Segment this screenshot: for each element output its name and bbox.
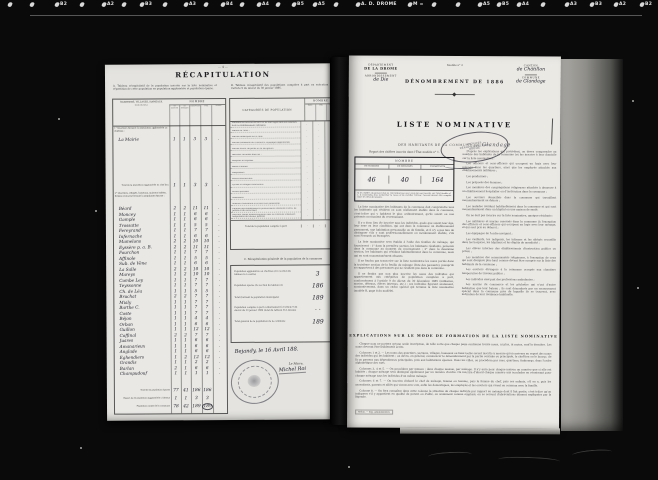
film-edge-marker: A3 [565,2,577,7]
film-edge-marker [432,2,437,7]
film-edge-marker: A4 [517,2,529,7]
dust-speck [637,287,639,289]
category-label: Hospices et hôpitaux [230,160,300,164]
film-marker-label: A2 [107,2,114,7]
instruction-paragraph: Les militaires et marins casernés dans l… [462,220,556,231]
report-table: NOMBRE DE MAISONS DE MÉNAGES D'HABITANTS… [354,156,454,202]
instruction-paragraph: La liste nominative des habitants de la … [354,206,454,220]
category-label: Asiles d'aliénés [231,166,301,170]
intro-paragraph-b: B. Tableau récapitulatif des populations… [231,83,333,90]
film-punch-blob [333,1,339,7]
film-punch-blob [79,1,85,7]
category-label: Marins de l'État : [230,129,300,133]
hamlet-rows: Béard 2 2 11 11 . Moncey 1 1 6 6 . [114,205,227,376]
report-footnote: Si les chiffres du présent état ne conco… [355,189,453,201]
film-edge-marker: A3 [184,2,196,7]
table-row: Champudouf 1 1 1 1 . [115,370,227,376]
category-label: Individus recueillis dans les : [230,154,300,158]
round-official-stamp-icon [227,355,283,408]
instruction-paragraph: Les malades résidant habituellement dans… [462,205,556,212]
film-punch-blob [496,1,502,7]
film-punch-blob [407,1,413,7]
table-b-subheader: fém. [315,104,325,120]
instruction-paragraph: La liste nominative sera établie à l'aid… [354,241,454,258]
film-punch-blob [613,1,619,7]
film-marker-label: B2 [645,2,652,7]
film-edge-marker [276,2,281,7]
report-agglomeree-row: Report de la population agglomérée ci-de… [115,396,227,402]
table-a-subheader: de maisons [169,105,179,125]
table-b-categories: CATÉGORIES DE POPULATION NOMBRE masc. fé… [229,97,338,250]
film-edge-marker: B2 [640,2,652,7]
instruction-paragraph: Les marins du commerce et les pêcheurs q… [462,283,556,297]
film-punch-blob [162,1,168,7]
recap-row: Total (formant la population municipale)… [231,291,337,304]
table-a-header: QUARTIERS, VILLAGES, HAMEAUX (nom du lie… [113,99,225,127]
instruction-paragraph: Les gendarmes ; [462,175,556,179]
film-marker-label: A5 [318,2,325,7]
category-label: Détenus des établissements pénitentiaire… [231,207,301,213]
recap-row: Population agglomérée au chef-lieu (1re … [231,267,337,280]
film-edge-marker: A4 [257,2,269,7]
hamlet-name: Champudouf [115,370,171,376]
film-edge-marker [163,2,168,7]
film-punch-blob [312,1,318,7]
instruction-paragraph: Les officiers et sous-officiers qui occu… [462,163,556,174]
section-2-label: 2° Quartiers, villages, hameaux, maisons… [115,192,169,197]
category-label: Séminaires [231,196,301,200]
film-punch-blob [256,1,262,7]
report-caption: Report des chiffres inscrits dans l'État… [354,149,454,154]
explication-paragraph: Colonnes 1 et 2. — Les noms des quartier… [355,352,551,366]
explications-section: Chaque nom ne portera qu'une seule inscr… [355,342,551,402]
film-edge-marker: B2 [55,2,67,7]
instruction-paragraph: Les élèves internes des établissements d… [462,247,556,254]
instruction-paragraph: Il ne faudra pas transcrire sur la liste… [354,260,454,271]
ornament-rule [435,94,475,95]
dust-speck [348,466,350,468]
film-edge-marker [240,2,245,7]
department-value: DE LA DROME [355,66,407,70]
rule [525,74,537,75]
rule [375,72,387,73]
report-table-values: 46 40 164 [355,169,453,190]
film-edge-marker [456,2,461,7]
canton-block: CANTON de Châtillon COMMUNE de Glandage [505,64,557,84]
dust-speck [632,100,634,102]
report-value: 46 [355,175,388,183]
table-a-header-col-sub: (nom du lieu) [135,104,148,106]
report-value: 164 [421,176,454,184]
instruction-paragraph: Les ouvriers étrangers à la commune occu… [462,268,556,275]
film-punch-blob [121,1,127,7]
category-label: Élèves internes des : [231,178,301,182]
explications-title: EXPLICATIONS SUR LE MODE DE FORMATION DE… [347,333,559,338]
left-column: Report des chiffres inscrits dans l'État… [354,149,455,295]
film-edge-marker: M = [408,2,424,7]
category-label: Marins divers, de pêche et de navigation [230,147,300,151]
explication-paragraph: Colonne 8. — On fera connaître dans cett… [355,389,551,400]
film-punch-blob [516,1,522,7]
microfilm-frame: B2 A2 B3 [0,0,658,480]
recap-label: Total (formant la population municipale) [231,296,298,299]
right-column: D'après les explications qui précèdent, … [462,150,557,300]
recap-c-title: C. Récapitulation générale de la populat… [230,257,336,261]
instruction-paragraph: On ne doit pas inscrire sur la liste nom… [462,214,556,218]
table-a-subheader: de ménages [179,105,189,125]
film-edge-marker: B3 [140,2,152,7]
dust-speck [524,282,526,284]
film-punch-blob [203,1,209,7]
film-marker-label: B2 [60,2,67,7]
table-b-subheader: masc. [305,104,315,120]
table-a-subheader: observ. [211,105,225,125]
explication-paragraph: Colonnes 6 et 7. — On inscrira d'abord l… [355,380,551,388]
film-marker-label: A3 [189,2,196,7]
agglomerated-row: La Mairie 1 1 3 3 . [113,136,225,142]
film-punch-blob [54,1,60,7]
category-label: Militaires en activité de terre et de me… [230,122,300,128]
population-totale-row: Population totale de la commune 78 42 18… [115,404,227,410]
film-punch-blob [477,1,483,7]
film-marker-label: A4 [522,2,529,7]
right-page-liste-nominative: DÉPARTEMENT DE LA DROME ARRONDISSEMENT d… [347,55,561,428]
page-stack-edge [561,59,623,431]
circled-total: 189 [202,403,213,410]
table-a-header-col: QUARTIERS, VILLAGES, HAMEAUX [120,100,163,103]
recap-row: Population comptée à part conformément à… [231,303,337,316]
film-marker-label: A5 [483,2,490,7]
report-column-label: DE MAISONS [355,164,388,168]
agglomerated-total-label: Total de la population agglomérée au che… [114,185,170,188]
recap-row: Total général de la population de la com… [231,315,337,328]
explication-paragraph: Chaque nom ne portera qu'une seule inscr… [355,342,551,350]
film-edge-marker [8,2,13,7]
pen-mark [551,119,553,145]
film-edge-marker [80,2,85,7]
table-a-subheaders: de maisons de ménages d'individus total … [169,105,225,125]
instruction-paragraph: D'après les explications qui précèdent, … [462,150,556,161]
category-label: Hospitaliers [231,172,301,176]
film-punch-blob [275,1,281,7]
film-marker-label: A4 [262,2,269,7]
film-marker-label: B4 [226,2,233,7]
film-edge-marker: B5 [497,2,509,7]
instruction-paragraph: Les ouvriers domiciliés dans la commune … [462,196,556,203]
explication-paragraph: Colonnes 3, 4 et 5. — On procédera par m… [355,367,551,378]
instruction-paragraph: Il y a donc lieu d'y inscrire tous les i… [354,221,454,238]
film-punch-blob [431,1,437,7]
film-edge-marker: B3 [590,2,602,7]
film-edge-marker: B5 [292,2,304,7]
film-marker-label: B3 [595,2,602,7]
filmstrip: B2 A2 B3 [0,0,658,16]
film-punch-blob [239,1,245,7]
category-label: Marins (bâtiments du commerce, équipages… [230,141,300,145]
recap-label: Population agglomérée au chef-lieu (1re … [231,271,298,277]
recap-c-box: Population agglomérée au chef-lieu (1re … [230,264,338,343]
intro-paragraph-a: A. Tableau récapitulatif de la populatio… [113,84,217,91]
table-b-header: CATÉGORIES DE POPULATION NOMBRE masc. fé… [230,98,336,122]
instruction-paragraph: Les individus exerçant des professions a… [462,278,556,282]
category-row: Ouvriers réunis momentanément dans la co… [231,213,337,220]
table-a-population: QUARTIERS, VILLAGES, HAMEAUX (nom du lie… [112,98,228,415]
dust-speck [80,447,82,449]
recap-row: Population éparse (2e section du tableau… [231,279,337,292]
film-punch-blob [455,1,461,7]
left-page-recapitulation: — 4 — RÉCAPITULATION A. Tableau récapitu… [105,63,343,420]
film-edge-marker: A5 [478,2,490,7]
film-punch-blob [139,1,145,7]
film-marker-label: A. D. DROME [361,2,397,7]
instruction-paragraph: Les membres des congrégations religieuse… [462,186,556,193]
film-edge-marker: A2 [614,2,626,7]
film-edge-marker [541,2,546,7]
film-punch-blob [291,1,297,7]
film-marker-label: A2 [619,2,626,7]
film-punch-blob [29,1,35,7]
instruction-paragraph: Les membres des communautés religieuses,… [462,256,556,267]
film-edge-marker: B4 [221,2,233,7]
film-edge-marker: A5 [313,2,325,7]
category-label: Lycées et collèges communaux [231,184,301,188]
category-label: Marins embarqués sur la rade [230,135,300,139]
film-edge-marker [30,2,35,7]
dust-speck [95,210,97,212]
recap-label: Population comptée à part conformément à… [231,307,298,313]
film-punch-blob [589,1,595,7]
film-punch-blob [7,1,13,7]
pencil-mark [428,451,472,460]
category-label: Ouvriers réunis momentanément dans la co… [231,213,301,219]
report-column-label: DE MÉNAGES [388,165,421,169]
report-value: 40 [388,176,421,184]
film-edge-marker: A2 [102,2,114,7]
category-label: Maisons d'éducation et écoles avec pensi… [231,202,301,206]
instruction-paragraph: Les préposés des douanes ; [462,181,556,185]
printer-imprint: Melun. — Imp. administrative. [355,409,393,414]
page-bottom-edge [400,428,560,435]
film-marker-label: B5 [502,2,509,7]
liste-nominative-title: LISTE NOMINATIVE [349,119,561,129]
film-edge-marker [122,2,127,7]
dust-speck [58,118,60,120]
table-b-total-row: Total de la population comptée à part · … [231,219,337,233]
signature-role: Le Maire, [289,362,304,366]
canton-value: de Châtillon [505,67,557,72]
instruction-paragraph: Les vieillards, les indigents, les infir… [462,238,556,245]
instruction-paragraph: Les équipages de l'ordre navigant ; [462,232,556,236]
table-a-subheader: d'individus [189,105,200,125]
pencil-mark [572,448,612,458]
recapitulation-title: RÉCAPITULATION [105,69,341,79]
instruction-paragraph: Il ne faudra pas non plus inscrire les n… [354,272,454,293]
section-1-label: 1° Quartiers formant la population agglo… [114,127,168,132]
total-eparse-row: Total de la population éparse 77 41 186 … [115,388,227,394]
agglomerated-total-row: Total de la population agglomérée au che… [114,183,226,189]
film-punch-blob [355,1,361,7]
film-edge-marker: A. D. DROME [356,2,397,7]
hamlet-name: La Mairie [113,136,169,142]
film-marker-label: B5 [297,2,304,7]
pencil-mark [498,456,560,465]
recap-label: Population éparse (2e section du tableau… [231,284,298,287]
commune-value: de Glandage [505,79,557,84]
film-punch-blob [540,1,546,7]
film-marker-label: M = [413,2,424,7]
film-punch-blob [564,1,570,7]
film-frame-edge [30,15,642,16]
table-a-subheader: total [200,105,211,125]
film-punch-blob [220,1,226,7]
table-b-title: CATÉGORIES DE POPULATION [230,99,304,121]
mayor-signature: Michel Roi [279,366,307,375]
film-marker-label: A3 [570,2,577,7]
film-punch-blob [639,1,645,7]
film-punch-blob [101,1,107,7]
report-column-label: D'HABITANTS [421,165,454,169]
film-marker-label: B3 [145,2,152,7]
film-edge-marker [204,2,209,7]
film-edge-marker [334,2,339,7]
recap-label: Total général de la population de la com… [231,320,298,323]
category-label: Écoles spéciales [231,190,301,194]
film-punch-blob [183,1,189,7]
signature-place-date: Bejandy, le 16 Avril 188. [235,346,299,355]
